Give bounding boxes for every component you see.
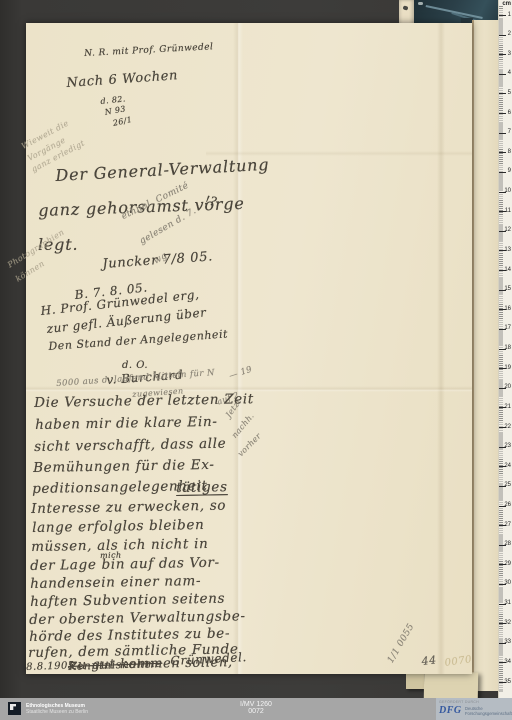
ruler-cm-number: 23 xyxy=(504,443,511,450)
ruler-cm-number: 32 xyxy=(504,620,511,627)
funder-name: Deutsche Forschungsgemeinschaft xyxy=(465,706,512,716)
ruler-cm-number: 17 xyxy=(504,325,511,332)
handwritten-line: sicht verschafft, dass alle xyxy=(34,436,227,455)
handwritten-line: N. R. mit Prof. Grünwedel xyxy=(84,42,214,59)
handwritten-line: haften Subvention seitens xyxy=(30,591,225,610)
ruler-cm-number: 28 xyxy=(504,541,511,548)
dfg-logo: DFG xyxy=(439,705,462,716)
ruler-cm-number: 35 xyxy=(504,679,511,686)
handwritten-line: — 19 xyxy=(228,365,254,382)
ruler-cm-number: 12 xyxy=(504,227,511,234)
ruler: cm 1234567891011121314151617181920212223… xyxy=(498,0,512,698)
ruler-cm-number: 25 xyxy=(504,482,511,489)
ruler-cm-tick xyxy=(499,172,506,173)
ruler-cm-tick xyxy=(499,35,506,36)
ruler-cm-number: 8 xyxy=(508,149,511,156)
archive-info-bar: Ethnologisches Museum Staatliche Museen … xyxy=(0,698,512,720)
ruler-cm-number: 20 xyxy=(504,384,511,391)
handwritten-line: der Lage bin auf das Vor- xyxy=(30,555,220,574)
museum-organization: Staatliche Museen zu Berlin xyxy=(26,709,88,715)
ruler-cm-tick xyxy=(499,133,506,134)
handwritten-line: handensein einer nam- xyxy=(30,573,201,592)
funder-name-line2: Forschungsgemeinschaft xyxy=(465,711,512,716)
ruler-cm-number: 30 xyxy=(504,580,511,587)
ruler-cm-number: 6 xyxy=(508,110,511,117)
shelfmark-line1: I/MV 1260 xyxy=(176,701,336,708)
handwritten-line: Juncker 7/8 05. xyxy=(102,249,213,272)
shelfmark-line2: 0072 xyxy=(176,708,336,715)
handwritten-line: haben mir die klare Ein- xyxy=(35,414,218,433)
handwritten-line: 0070 xyxy=(444,654,473,669)
ruler-cm-number: 24 xyxy=(504,463,511,470)
ruler-cm-tick xyxy=(499,152,506,153)
ruler-cm-number: 26 xyxy=(504,502,511,509)
ruler-cm-number: 16 xyxy=(504,306,511,313)
ruler-cm-tick xyxy=(499,113,506,114)
funder-logo-block: GEFÖRDERT DURCH DFG Deutsche Forschungsg… xyxy=(436,698,512,720)
ruler-cm-tick xyxy=(499,74,506,75)
handwritten-line: 44 xyxy=(421,653,437,668)
handwritten-line: !? xyxy=(204,193,219,209)
handwritten-line: 26/1 xyxy=(112,115,133,128)
ruler-cm-number: 15 xyxy=(504,286,511,293)
museum-label: Ethnologisches Museum Staatliche Museen … xyxy=(26,703,88,715)
ruler-cm-number: 18 xyxy=(504,345,511,352)
handwritten-line: Bemühungen für die Ex- xyxy=(33,457,215,476)
ruler-cm-number: 10 xyxy=(504,188,511,195)
ruler-cm-number: 21 xyxy=(504,404,511,411)
ruler-cm-number: 4 xyxy=(508,70,511,77)
handwriting-layer: N. R. mit Prof. GrünwedelNach 6 Wochend.… xyxy=(0,0,512,720)
ruler-unit-label: cm xyxy=(502,1,511,7)
shelfmark: I/MV 1260 0072 xyxy=(176,701,336,715)
ruler-cm-number: 3 xyxy=(508,51,511,58)
handwritten-line: N 93 xyxy=(104,104,127,117)
handwritten-line: Die Versuche der letzten Zeit xyxy=(34,391,254,411)
ruler-cm-number: 29 xyxy=(504,561,511,568)
scanned-document: N. R. mit Prof. GrünwedelNach 6 Wochend.… xyxy=(0,0,512,720)
funder-pretext: GEFÖRDERT DURCH xyxy=(439,700,479,704)
ruler-cm-number: 2 xyxy=(508,31,511,38)
handwritten-line: Der General-Verwaltung xyxy=(55,155,270,185)
ruler-cm-number: 22 xyxy=(504,424,511,431)
ruler-cm-number: 33 xyxy=(504,639,511,646)
ruler-cm-tick xyxy=(499,54,506,55)
ruler-cm-number: 5 xyxy=(508,90,511,97)
ruler-cm-number: 9 xyxy=(508,168,511,175)
ruler-cm-number: 11 xyxy=(505,208,511,215)
ruler-cm-number: 14 xyxy=(504,267,511,274)
ruler-cm-number: 1 xyxy=(508,12,511,19)
ruler-cm-number: 27 xyxy=(504,522,511,529)
ruler-cm-number: 31 xyxy=(504,600,511,607)
ruler-cm-number: 7 xyxy=(508,129,511,136)
ruler-cm-tick xyxy=(499,93,506,94)
ruler-cm-number: 19 xyxy=(504,365,511,372)
handwritten-line: tätiges xyxy=(176,479,228,496)
ruler-cm-tick xyxy=(499,15,506,16)
ruler-cm-number: 34 xyxy=(504,659,511,666)
handwritten-line: 1/1 0055 xyxy=(386,622,417,665)
handwritten-line: Interesse zu erwecken, so xyxy=(31,498,226,517)
handwritten-line: lange erfolglos bleiben xyxy=(32,517,205,536)
handwritten-line: Grünwedel. xyxy=(170,650,247,668)
museum-logo-icon xyxy=(8,702,21,715)
ruler-cm-number: 13 xyxy=(504,247,511,254)
handwritten-line: Nach 6 Wochen xyxy=(66,68,179,91)
